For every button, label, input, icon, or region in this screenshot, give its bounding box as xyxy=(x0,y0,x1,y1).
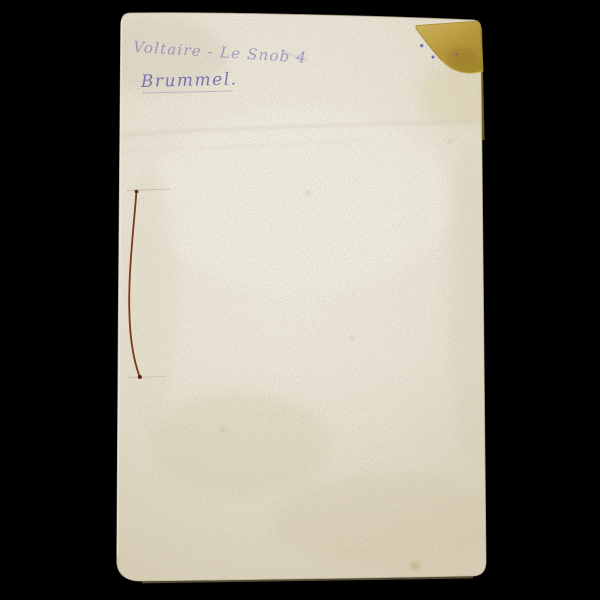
thread-top-knot xyxy=(135,190,139,194)
photo-of-paper-back-cover: Voltaire - Le Snob 4 Brummel. xyxy=(0,0,600,600)
handwriting-line-2: Brummel. xyxy=(140,69,238,92)
paper-aging-texture xyxy=(83,8,510,588)
paper-photo-canvas: Voltaire - Le Snob 4 Brummel. xyxy=(0,0,600,600)
paper-grain-overlay xyxy=(110,8,500,588)
thread-bottom-knot xyxy=(138,375,142,379)
